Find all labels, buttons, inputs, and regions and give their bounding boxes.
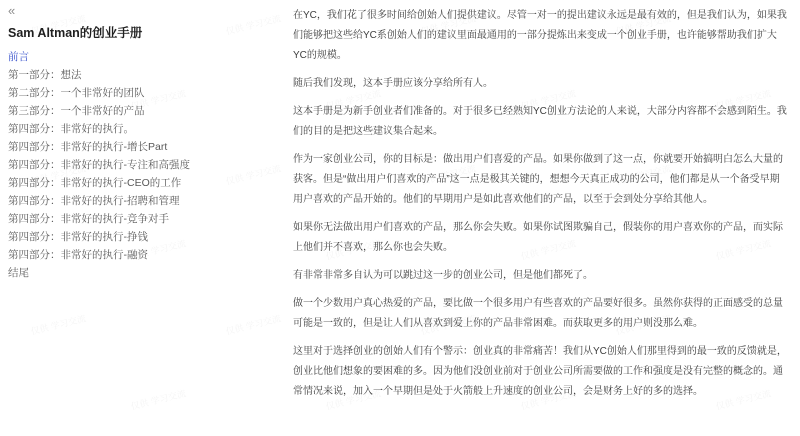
document-title: Sam Altman的创业手册 bbox=[8, 25, 276, 41]
toc-item[interactable]: 第四部分：非常好的执行-增长Part bbox=[8, 138, 276, 156]
paragraph: 这里对于选择创业的创始人们有个警示：创业真的非常痛苦！我们从YC创始人们那里得到… bbox=[293, 342, 787, 402]
paragraph: 做一个少数用户真心热爱的产品，要比做一个很多用户有些喜欢的产品要好很多。虽然你获… bbox=[293, 294, 787, 334]
document-body: 在YC，我们花了很多时间给创始人们提供建议。尽管一对一的提出建议永远是最有效的，… bbox=[293, 6, 787, 410]
paragraph: 随后我们发现，这本手册应该分享给所有人。 bbox=[293, 74, 787, 94]
toc-item[interactable]: 第四部分：非常好的执行。 bbox=[8, 120, 276, 138]
toc-item[interactable]: 第四部分：非常好的执行-融资 bbox=[8, 246, 276, 264]
paragraph: 有非常非常多自认为可以跳过这一步的创业公司，但是他们都死了。 bbox=[293, 266, 787, 286]
collapse-sidebar-button[interactable]: « bbox=[8, 4, 15, 18]
sidebar: « Sam Altman的创业手册 前言第一部分：想法第二部分：一个非常好的团队… bbox=[0, 0, 286, 436]
toc-item[interactable]: 第四部分：非常好的执行-CEO的工作 bbox=[8, 174, 276, 192]
paragraph: 这本手册是为新手创业者们准备的。对于很多已经熟知YC创业方法论的人来说，大部分内… bbox=[293, 102, 787, 142]
toc-item[interactable]: 第四部分：非常好的执行-挣钱 bbox=[8, 228, 276, 246]
paragraph: 在YC，我们花了很多时间给创始人们提供建议。尽管一对一的提出建议永远是最有效的，… bbox=[293, 6, 787, 66]
toc-item[interactable]: 第四部分：非常好的执行-竞争对手 bbox=[8, 210, 276, 228]
table-of-contents: 前言第一部分：想法第二部分：一个非常好的团队第三部分：一个非常好的产品第四部分：… bbox=[8, 48, 276, 282]
paragraph: 作为一家创业公司，你的目标是：做出用户们喜爱的产品。如果你做到了这一点，你就要开… bbox=[293, 150, 787, 210]
toc-item[interactable]: 第三部分：一个非常好的产品 bbox=[8, 102, 276, 120]
toc-item[interactable]: 结尾 bbox=[8, 264, 276, 282]
toc-item[interactable]: 第四部分：非常好的执行-专注和高强度 bbox=[8, 156, 276, 174]
toc-item[interactable]: 前言 bbox=[8, 48, 276, 66]
paragraph: 如果你无法做出用户们喜欢的产品，那么你会失败。如果你试图欺骗自己，假装你的用户喜… bbox=[293, 218, 787, 258]
toc-item[interactable]: 第一部分：想法 bbox=[8, 66, 276, 84]
toc-item[interactable]: 第四部分：非常好的执行-招聘和管理 bbox=[8, 192, 276, 210]
toc-item[interactable]: 第二部分：一个非常好的团队 bbox=[8, 84, 276, 102]
